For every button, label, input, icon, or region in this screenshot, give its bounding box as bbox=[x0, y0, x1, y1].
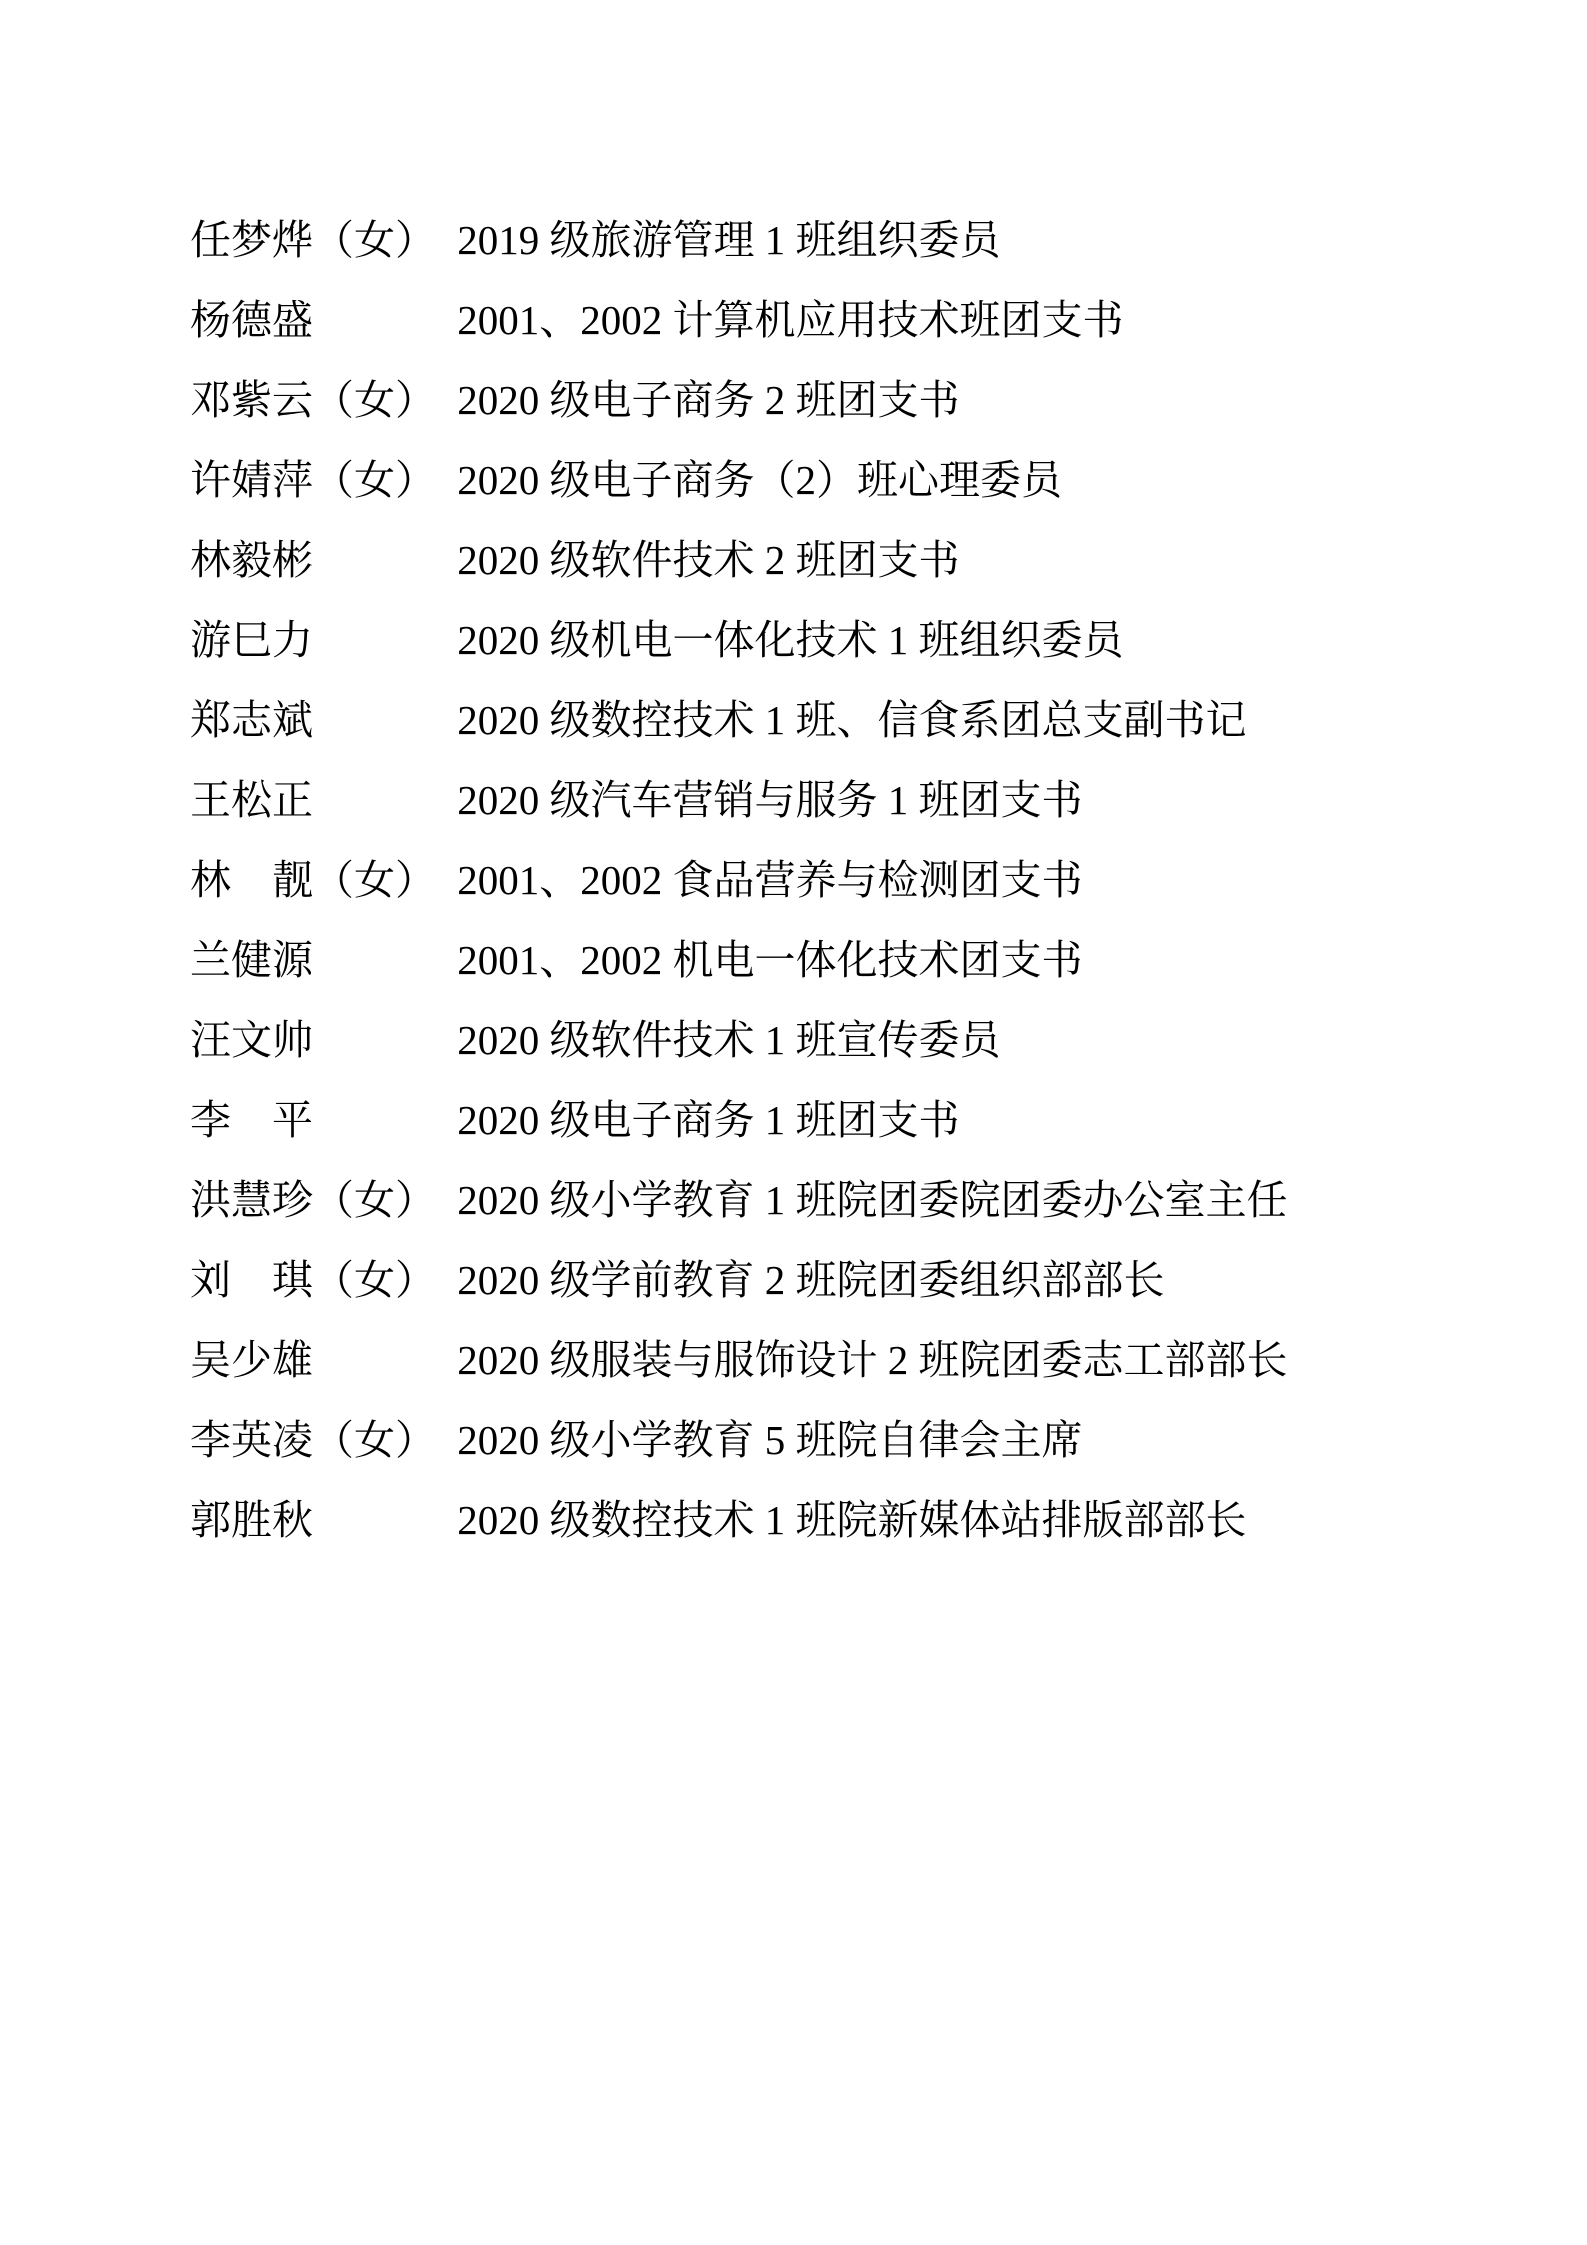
roster-row: 林 靓（女） 2001、2002 食品营养与检测团支书 bbox=[190, 840, 1447, 920]
member-name: 林毅彬 bbox=[190, 520, 447, 600]
member-name: 游巳力 bbox=[190, 600, 447, 680]
member-name: 林 靓（女） bbox=[190, 840, 447, 920]
member-gender-note: （女） bbox=[313, 1257, 436, 1303]
member-name-text: 邓紫云 bbox=[190, 377, 313, 423]
member-name-text: 林 靓 bbox=[190, 857, 313, 903]
member-gender-note: （女） bbox=[313, 217, 436, 263]
member-name: 汪文帅 bbox=[190, 1000, 447, 1080]
member-name: 李英凌（女） bbox=[190, 1400, 447, 1480]
member-name: 刘 琪（女） bbox=[190, 1240, 447, 1320]
member-name-text: 游巳力 bbox=[190, 617, 313, 663]
roster-row: 李英凌（女） 2020 级小学教育 5 班院自律会主席 bbox=[190, 1400, 1447, 1480]
member-name-text: 吴少雄 bbox=[190, 1337, 313, 1383]
member-name: 任梦烨（女） bbox=[190, 200, 447, 280]
member-position: 2020 级小学教育 1 班院团委院团委办公室主任 bbox=[457, 1160, 1287, 1240]
member-name-text: 杨德盛 bbox=[190, 297, 313, 343]
roster-row: 任梦烨（女） 2019 级旅游管理 1 班组织委员 bbox=[190, 200, 1447, 280]
roster-row: 刘 琪（女） 2020 级学前教育 2 班院团委组织部部长 bbox=[190, 1240, 1447, 1320]
member-position: 2001、2002 食品营养与检测团支书 bbox=[457, 840, 1082, 920]
member-position: 2020 级小学教育 5 班院自律会主席 bbox=[457, 1400, 1082, 1480]
roster-row: 兰健源 2001、2002 机电一体化技术团支书 bbox=[190, 920, 1447, 1000]
member-gender-note: （女） bbox=[313, 1417, 436, 1463]
member-position: 2020 级学前教育 2 班院团委组织部部长 bbox=[457, 1240, 1164, 1320]
roster-row: 王松正 2020 级汽车营销与服务 1 班团支书 bbox=[190, 760, 1447, 840]
roster-row: 林毅彬 2020 级软件技术 2 班团支书 bbox=[190, 520, 1447, 600]
roster-row: 吴少雄 2020 级服装与服饰设计 2 班院团委志工部部长 bbox=[190, 1320, 1447, 1400]
member-position: 2020 级机电一体化技术 1 班组织委员 bbox=[457, 600, 1123, 680]
member-position: 2020 级电子商务 2 班团支书 bbox=[457, 360, 959, 440]
member-name-text: 任梦烨 bbox=[190, 217, 313, 263]
member-name-text: 郭胜秋 bbox=[190, 1497, 313, 1543]
member-name-text: 林毅彬 bbox=[190, 537, 313, 583]
member-position: 2020 级软件技术 1 班宣传委员 bbox=[457, 1000, 1000, 1080]
member-name: 郭胜秋 bbox=[190, 1480, 447, 1560]
roster-row: 洪慧珍（女） 2020 级小学教育 1 班院团委院团委办公室主任 bbox=[190, 1160, 1447, 1240]
member-name: 许婧萍（女） bbox=[190, 440, 447, 520]
member-name-text: 李 平 bbox=[190, 1097, 313, 1143]
member-name: 邓紫云（女） bbox=[190, 360, 447, 440]
member-position: 2020 级汽车营销与服务 1 班团支书 bbox=[457, 760, 1082, 840]
member-gender-note: （女） bbox=[313, 457, 436, 503]
member-name: 王松正 bbox=[190, 760, 447, 840]
member-name-text: 刘 琪 bbox=[190, 1257, 313, 1303]
member-name: 洪慧珍（女） bbox=[190, 1160, 447, 1240]
member-gender-note: （女） bbox=[313, 1177, 436, 1223]
member-position: 2001、2002 计算机应用技术班团支书 bbox=[457, 280, 1123, 360]
member-position: 2020 级电子商务（2）班心理委员 bbox=[457, 440, 1062, 520]
roster-row: 杨德盛 2001、2002 计算机应用技术班团支书 bbox=[190, 280, 1447, 360]
member-name-text: 王松正 bbox=[190, 777, 313, 823]
member-gender-note: （女） bbox=[313, 377, 436, 423]
member-name: 郑志斌 bbox=[190, 680, 447, 760]
member-name-text: 汪文帅 bbox=[190, 1017, 313, 1063]
member-name: 吴少雄 bbox=[190, 1320, 447, 1400]
member-name-text: 洪慧珍 bbox=[190, 1177, 313, 1223]
member-position: 2001、2002 机电一体化技术团支书 bbox=[457, 920, 1082, 1000]
member-position: 2020 级数控技术 1 班、信食系团总支副书记 bbox=[457, 680, 1246, 760]
member-name: 兰健源 bbox=[190, 920, 447, 1000]
document-page: 任梦烨（女） 2019 级旅游管理 1 班组织委员 杨德盛 2001、2002 … bbox=[0, 0, 1587, 2245]
member-name-text: 李英凌 bbox=[190, 1417, 313, 1463]
member-name-text: 郑志斌 bbox=[190, 697, 313, 743]
roster-row: 李 平 2020 级电子商务 1 班团支书 bbox=[190, 1080, 1447, 1160]
member-name-text: 兰健源 bbox=[190, 937, 313, 983]
roster-row: 游巳力 2020 级机电一体化技术 1 班组织委员 bbox=[190, 600, 1447, 680]
member-name-text: 许婧萍 bbox=[190, 457, 313, 503]
roster-row: 邓紫云（女） 2020 级电子商务 2 班团支书 bbox=[190, 360, 1447, 440]
member-name: 李 平 bbox=[190, 1080, 447, 1160]
member-gender-note: （女） bbox=[313, 857, 436, 903]
member-name: 杨德盛 bbox=[190, 280, 447, 360]
member-position: 2019 级旅游管理 1 班组织委员 bbox=[457, 200, 1000, 280]
roster-row: 郭胜秋 2020 级数控技术 1 班院新媒体站排版部部长 bbox=[190, 1480, 1447, 1560]
roster-list: 任梦烨（女） 2019 级旅游管理 1 班组织委员 杨德盛 2001、2002 … bbox=[190, 200, 1447, 1560]
member-position: 2020 级服装与服饰设计 2 班院团委志工部部长 bbox=[457, 1320, 1287, 1400]
roster-row: 许婧萍（女） 2020 级电子商务（2）班心理委员 bbox=[190, 440, 1447, 520]
roster-row: 郑志斌 2020 级数控技术 1 班、信食系团总支副书记 bbox=[190, 680, 1447, 760]
roster-row: 汪文帅 2020 级软件技术 1 班宣传委员 bbox=[190, 1000, 1447, 1080]
member-position: 2020 级数控技术 1 班院新媒体站排版部部长 bbox=[457, 1480, 1246, 1560]
member-position: 2020 级电子商务 1 班团支书 bbox=[457, 1080, 959, 1160]
member-position: 2020 级软件技术 2 班团支书 bbox=[457, 520, 959, 600]
